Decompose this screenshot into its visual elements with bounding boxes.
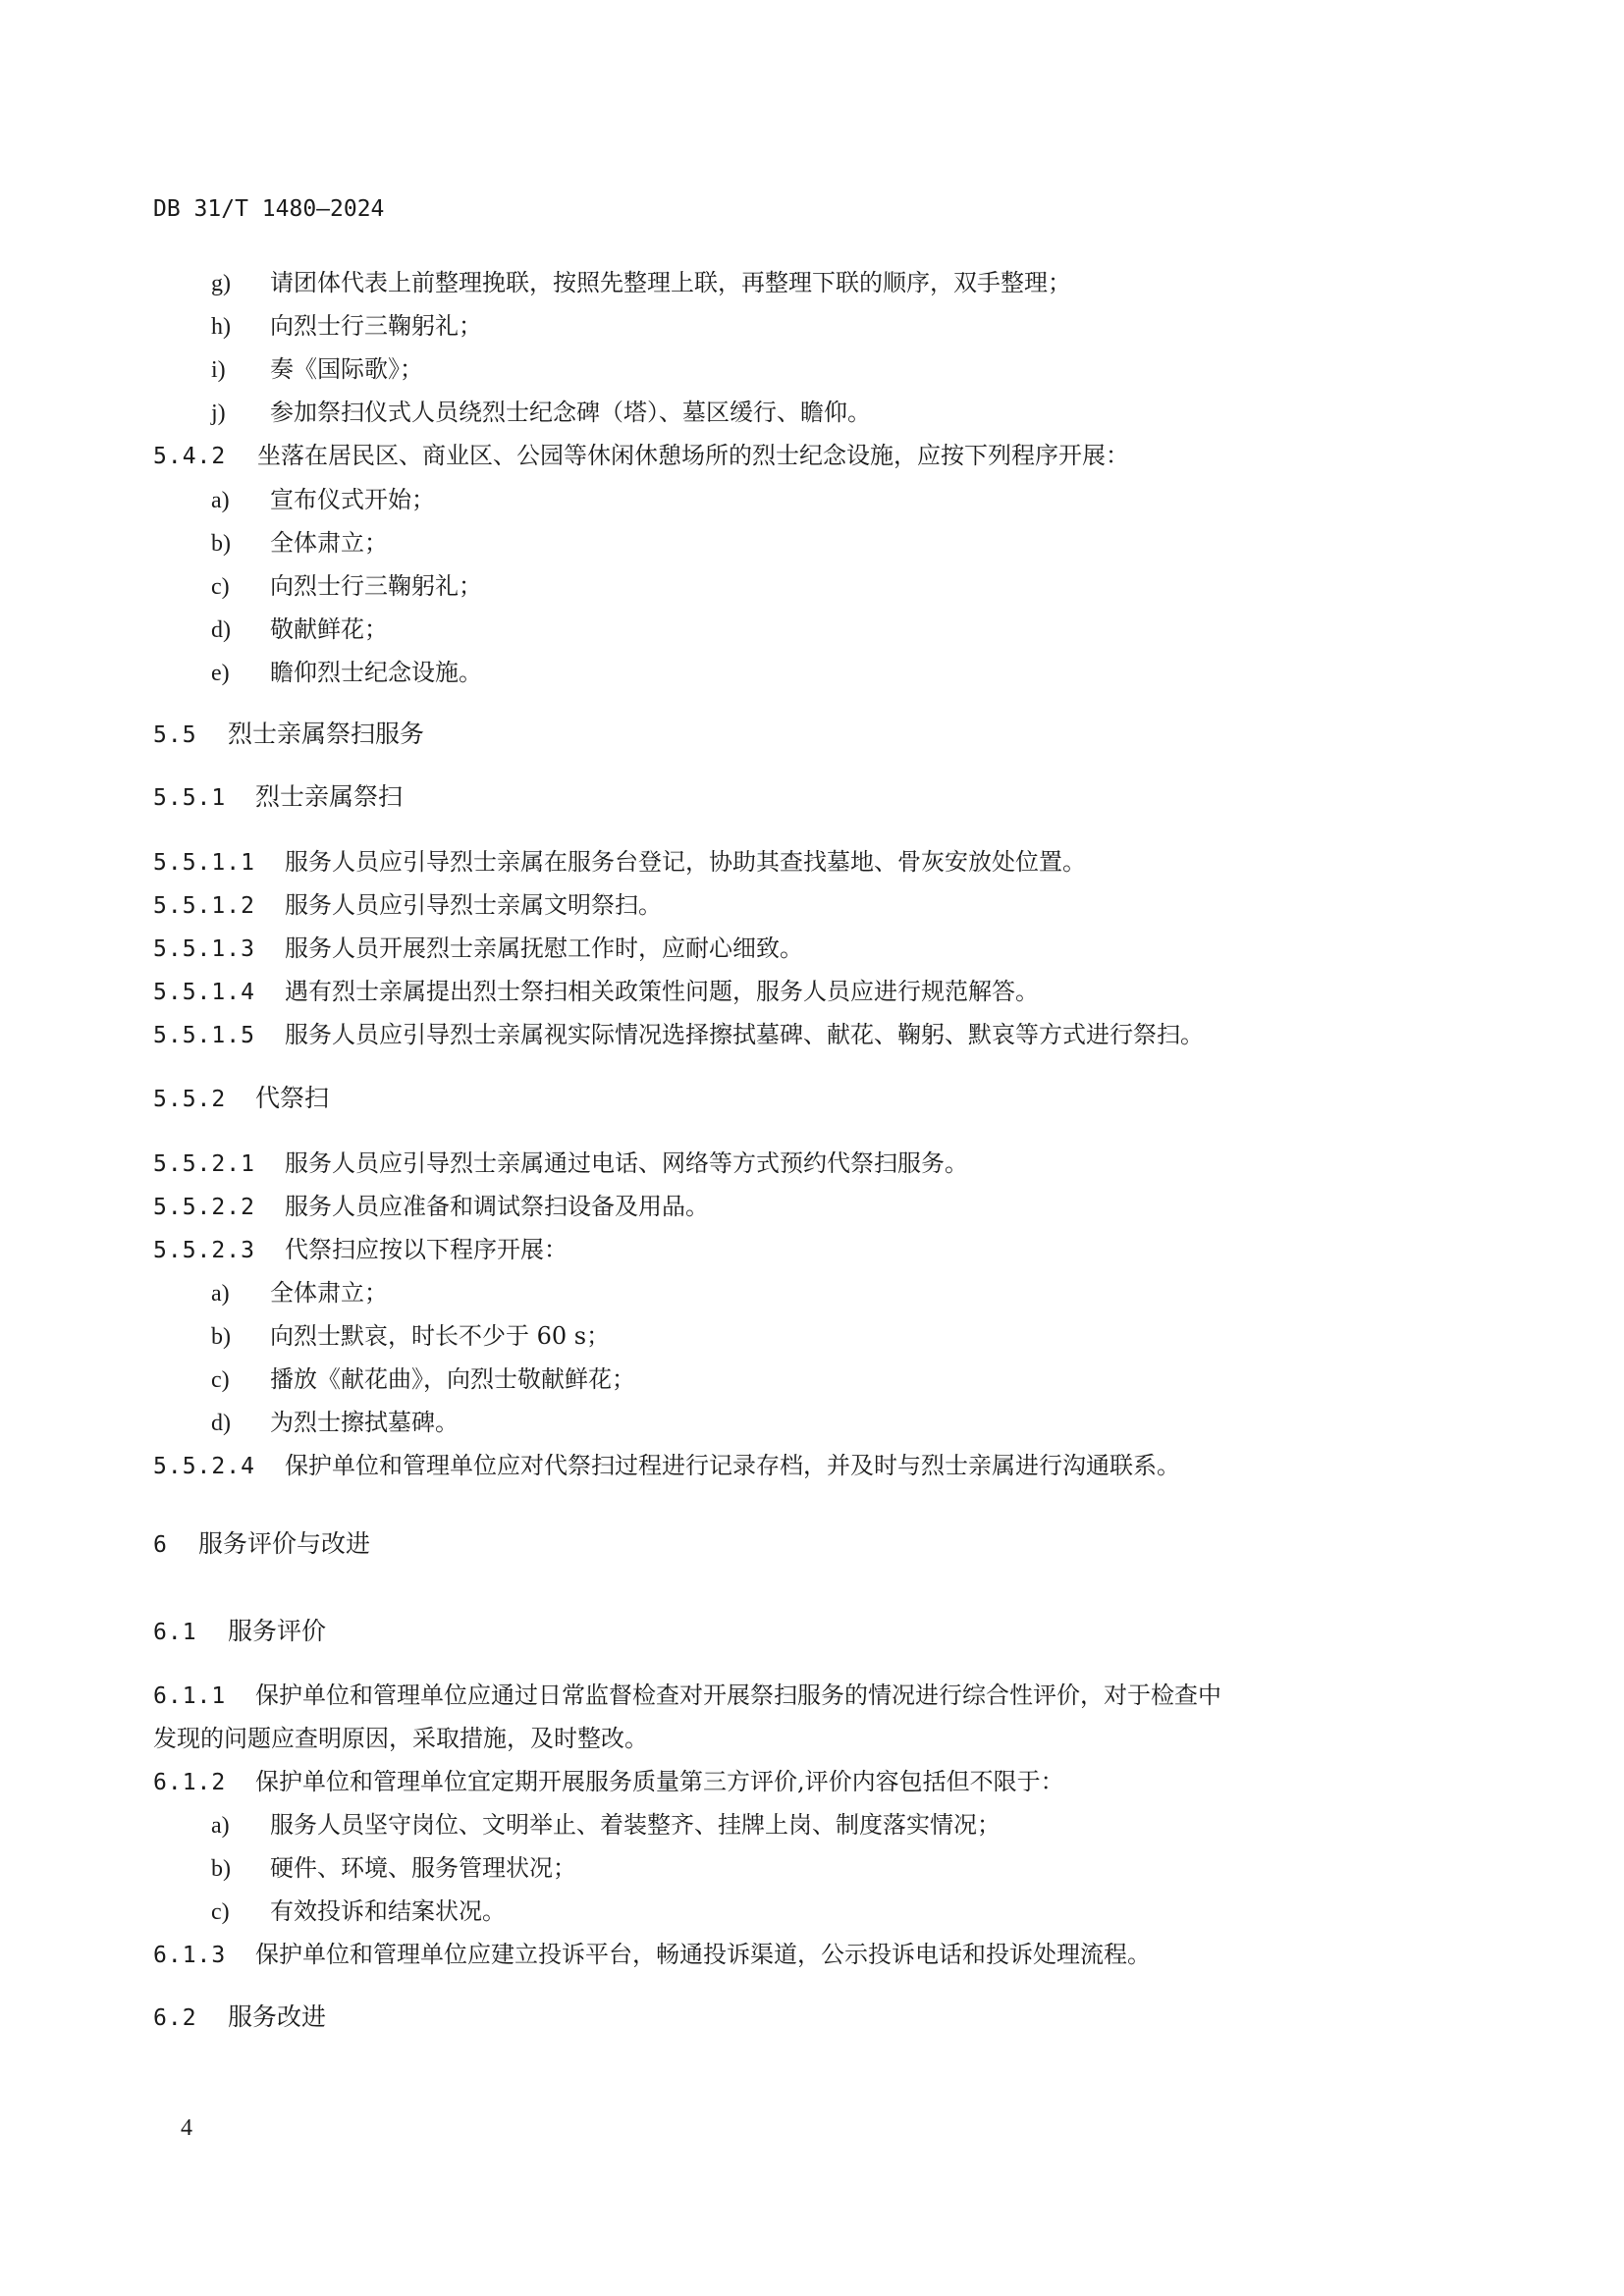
section-heading-5-5-1: 5.5.1烈士亲属祭扫 (153, 782, 403, 813)
item-label: h) (211, 312, 270, 342)
item-label: d) (211, 1409, 270, 1438)
section-number: 6 (153, 1530, 198, 1560)
section-title: 烈士亲属祭扫服务 (228, 720, 424, 748)
item-label: a) (211, 1811, 270, 1841)
section-heading-6: 6服务评价与改进 (153, 1529, 370, 1560)
item-text: 向烈士行三鞠躬礼； (270, 312, 482, 340)
list-item: g)请团体代表上前整理挽联，按照先整理上联，再整理下联的顺序，双手整理； (211, 268, 1071, 298)
clause-text: 遇有烈士亲属提出烈士祭扫相关政策性问题，服务人员应进行规范解答。 (285, 978, 1039, 1005)
section-heading-6-2: 6.2服务改进 (153, 2002, 326, 2033)
list-item: d)为烈士擦拭墓碑。 (211, 1408, 459, 1438)
item-text: 请团体代表上前整理挽联，按照先整理上联，再整理下联的顺序，双手整理； (270, 269, 1071, 296)
item-text: 参加祭扫仪式人员绕烈士纪念碑（塔）、墓区缓行、瞻仰。 (270, 399, 871, 426)
section-number: 5.5.2 (153, 1085, 255, 1114)
item-text: 全体肃立； (270, 1279, 388, 1307)
section-heading-6-1: 6.1服务评价 (153, 1617, 326, 1647)
clause-number: 5.5.1.1 (153, 848, 285, 878)
item-label: b) (211, 529, 270, 559)
list-item: a)服务人员坚守岗位、文明举止、着装整齐、挂牌上岗、制度落实情况； (211, 1810, 1001, 1841)
list-item: b)向烈士默哀，时长不少于 60 s； (211, 1321, 610, 1352)
clause-5-5-2-3: 5.5.2.3代祭扫应按以下程序开展： (153, 1235, 568, 1265)
list-item: a)宣布仪式开始； (211, 485, 435, 515)
list-item: d)敬献鲜花； (211, 614, 388, 645)
list-item: c)播放《献花曲》，向烈士敬献鲜花； (211, 1364, 635, 1395)
list-item: e)瞻仰烈士纪念设施。 (211, 658, 482, 688)
section-number: 6.1 (153, 1618, 228, 1647)
item-label: b) (211, 1322, 270, 1352)
page-number: 4 (181, 2115, 192, 2142)
section-title: 烈士亲属祭扫 (255, 782, 403, 811)
item-label: d) (211, 615, 270, 645)
clause-text: 服务人员应引导烈士亲属通过电话、网络等方式预约代祭扫服务。 (285, 1149, 968, 1177)
clause-number: 5.5.2.1 (153, 1149, 285, 1179)
clause-number: 5.5.2.2 (153, 1193, 285, 1222)
clause-text: 保护单位和管理单位应建立投诉平台，畅通投诉渠道，公示投诉电话和投诉处理流程。 (255, 1941, 1151, 1968)
clause-6-1-1-continued: 发现的问题应查明原因，采取措施，及时整改。 (153, 1724, 648, 1753)
clause-6-1-1: 6.1.1保护单位和管理单位应通过日常监督检查对开展祭扫服务的情况进行综合性评价… (153, 1681, 1221, 1711)
clause-number: 5.5.1.3 (153, 934, 285, 964)
clause-text: 服务人员应准备和调试祭扫设备及用品。 (285, 1193, 709, 1220)
clause-5-4-2: 5.4.2坐落在居民区、商业区、公园等休闲休憩场所的烈士纪念设施，应按下列程序开… (153, 441, 1129, 471)
clause-5-5-1-5: 5.5.1.5服务人员应引导烈士亲属视实际情况选择擦拭墓碑、献花、鞠躬、默哀等方… (153, 1020, 1204, 1050)
section-title: 代祭扫 (255, 1084, 329, 1112)
clause-text: 代祭扫应按以下程序开展： (285, 1236, 568, 1263)
clause-5-5-1-3: 5.5.1.3服务人员开展烈士亲属抚慰工作时，应耐心细致。 (153, 934, 803, 964)
clause-6-1-2: 6.1.2保护单位和管理单位宜定期开展服务质量第三方评价,评价内容包括但不限于： (153, 1767, 1064, 1797)
section-number: 5.5.1 (153, 783, 255, 813)
item-text: 敬献鲜花； (270, 615, 388, 643)
section-title: 服务改进 (228, 2002, 326, 2031)
section-heading-5-5: 5.5烈士亲属祭扫服务 (153, 720, 424, 750)
item-label: i) (211, 355, 270, 385)
list-item: h)向烈士行三鞠躬礼； (211, 311, 482, 342)
clause-5-5-2-4: 5.5.2.4保护单位和管理单位应对代祭扫过程进行记录存档，并及时与烈士亲属进行… (153, 1451, 1180, 1481)
clause-number: 5.4.2 (153, 442, 257, 471)
item-label: e) (211, 659, 270, 688)
clause-text: 发现的问题应查明原因，采取措施，及时整改。 (153, 1725, 648, 1752)
clause-5-5-1-1: 5.5.1.1服务人员应引导烈士亲属在服务台登记，协助其查找墓地、骨灰安放处位置… (153, 847, 1086, 878)
section-number: 6.2 (153, 2003, 228, 2033)
list-item: a)全体肃立； (211, 1278, 388, 1308)
item-text: 播放《献花曲》，向烈士敬献鲜花； (270, 1365, 635, 1393)
clause-text: 服务人员开展烈士亲属抚慰工作时，应耐心细致。 (285, 934, 803, 962)
clause-text: 保护单位和管理单位宜定期开展服务质量第三方评价,评价内容包括但不限于： (255, 1768, 1064, 1795)
item-text: 硬件、环境、服务管理状况； (270, 1854, 576, 1882)
item-label: c) (211, 572, 270, 602)
clause-5-5-2-1: 5.5.2.1服务人员应引导烈士亲属通过电话、网络等方式预约代祭扫服务。 (153, 1148, 968, 1179)
clause-text: 保护单位和管理单位应对代祭扫过程进行记录存档，并及时与烈士亲属进行沟通联系。 (285, 1452, 1180, 1479)
list-item: b)全体肃立； (211, 528, 388, 559)
item-text: 奏《国际歌》； (270, 355, 423, 383)
clause-number: 5.5.1.5 (153, 1021, 285, 1050)
clause-number: 6.1.3 (153, 1941, 255, 1970)
clause-5-5-1-2: 5.5.1.2服务人员应引导烈士亲属文明祭扫。 (153, 890, 662, 921)
clause-number: 5.5.2.3 (153, 1236, 285, 1265)
item-label: a) (211, 486, 270, 515)
list-item: b)硬件、环境、服务管理状况； (211, 1853, 576, 1884)
item-label: b) (211, 1854, 270, 1884)
section-heading-5-5-2: 5.5.2代祭扫 (153, 1084, 329, 1114)
clause-5-5-1-4: 5.5.1.4遇有烈士亲属提出烈士祭扫相关政策性问题，服务人员应进行规范解答。 (153, 977, 1039, 1007)
item-label: j) (211, 399, 270, 428)
item-text: 全体肃立； (270, 529, 388, 557)
clause-text: 服务人员应引导烈士亲属在服务台登记，协助其查找墓地、骨灰安放处位置。 (285, 848, 1086, 876)
item-text: 宣布仪式开始； (270, 486, 435, 513)
clause-number: 5.5.1.4 (153, 978, 285, 1007)
clause-6-1-3: 6.1.3保护单位和管理单位应建立投诉平台，畅通投诉渠道，公示投诉电话和投诉处理… (153, 1940, 1151, 1970)
clause-text: 服务人员应引导烈士亲属文明祭扫。 (285, 891, 662, 919)
item-text: 向烈士默哀，时长不少于 60 s； (270, 1322, 610, 1350)
clause-number: 5.5.2.4 (153, 1452, 285, 1481)
list-item: i)奏《国际歌》； (211, 354, 423, 385)
clause-number: 5.5.1.2 (153, 891, 285, 921)
clause-number: 6.1.1 (153, 1682, 255, 1711)
clause-number: 6.1.2 (153, 1768, 255, 1797)
item-label: a) (211, 1279, 270, 1308)
clause-text: 坐落在居民区、商业区、公园等休闲休憩场所的烈士纪念设施，应按下列程序开展： (257, 442, 1129, 469)
section-title: 服务评价与改进 (198, 1529, 370, 1558)
item-label: c) (211, 1365, 270, 1395)
section-title: 服务评价 (228, 1617, 326, 1645)
document-code: DB 31/T 1480—2024 (153, 196, 384, 222)
list-item: c)向烈士行三鞠躬礼； (211, 571, 482, 602)
item-text: 服务人员坚守岗位、文明举止、着装整齐、挂牌上岗、制度落实情况； (270, 1811, 1001, 1839)
clause-text: 保护单位和管理单位应通过日常监督检查对开展祭扫服务的情况进行综合性评价，对于检查… (255, 1682, 1221, 1709)
item-text: 为烈士擦拭墓碑。 (270, 1409, 459, 1436)
item-label: g) (211, 269, 270, 298)
item-text: 向烈士行三鞠躬礼； (270, 572, 482, 600)
item-text: 有效投诉和结案状况。 (270, 1897, 506, 1925)
section-number: 5.5 (153, 721, 228, 750)
clause-5-5-2-2: 5.5.2.2服务人员应准备和调试祭扫设备及用品。 (153, 1192, 709, 1222)
clause-text: 服务人员应引导烈士亲属视实际情况选择擦拭墓碑、献花、鞠躬、默哀等方式进行祭扫。 (285, 1021, 1204, 1048)
item-label: c) (211, 1897, 270, 1927)
list-item: j)参加祭扫仪式人员绕烈士纪念碑（塔）、墓区缓行、瞻仰。 (211, 398, 871, 428)
item-text: 瞻仰烈士纪念设施。 (270, 659, 482, 686)
list-item: c)有效投诉和结案状况。 (211, 1896, 506, 1927)
